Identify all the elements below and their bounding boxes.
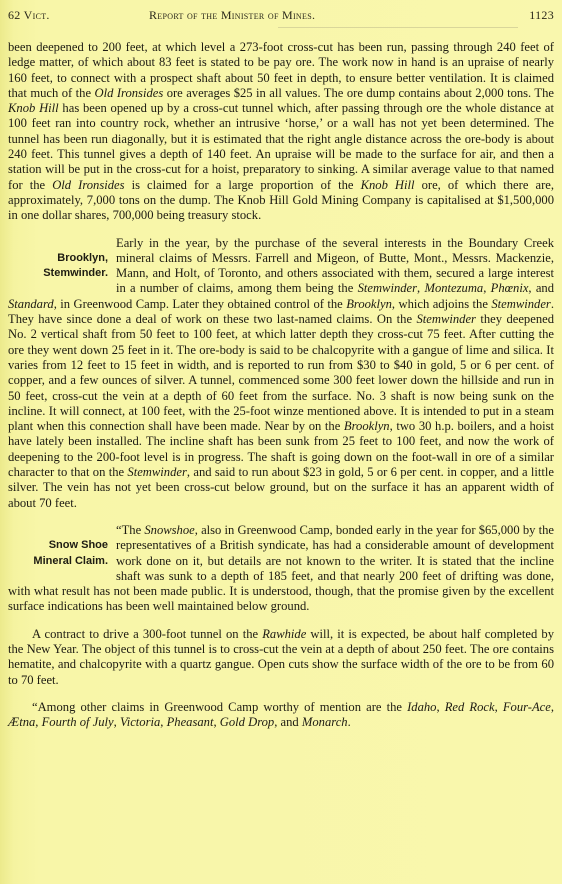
claim-name: Idaho [407, 700, 436, 714]
sidenote-line: Snow Shoe [8, 538, 108, 553]
claim-name: Standard [8, 297, 54, 311]
claim-name: Old Ironsides [95, 86, 164, 100]
claim-name: Rawhide [262, 627, 306, 641]
claim-name: Stemwinder [358, 281, 417, 295]
claim-name: Brooklyn [344, 419, 390, 433]
running-head: 62 Vict. Report of the Minister of Mines… [8, 8, 554, 24]
sidenote-line: Stemwinder. [8, 266, 108, 281]
claim-name: Stemwinder [127, 465, 186, 479]
claim-name: Four-Ace [503, 700, 551, 714]
body-text: been deepened to 200 feet, at which leve… [8, 40, 554, 730]
running-head-volume: 62 Vict. [8, 8, 50, 23]
claim-name: Knob Hill [8, 101, 59, 115]
claim-name: Phœnix [491, 281, 529, 295]
sidenote-brooklyn-stemwinder: Brooklyn, Stemwinder. [8, 251, 108, 282]
sidenote-snow-shoe: Snow Shoe Mineral Claim. [8, 538, 108, 569]
claim-name: Gold Drop [220, 715, 274, 729]
claim-name: Brooklyn [346, 297, 392, 311]
paragraph-knob-hill: been deepened to 200 feet, at which leve… [8, 40, 554, 224]
claim-name: Monarch [302, 715, 348, 729]
sidenote-line: Mineral Claim. [8, 554, 108, 569]
sidenote-line: Brooklyn, [8, 251, 108, 266]
running-head-title: Report of the Minister of Mines. [149, 8, 315, 23]
claim-name: Montezuma [424, 281, 483, 295]
section-snow-shoe: Snow Shoe Mineral Claim. “The Snowshoe, … [8, 523, 554, 615]
claim-name: Victoria [120, 715, 160, 729]
page-number: 1123 [529, 8, 554, 23]
claim-name: Fourth of July [42, 715, 114, 729]
claim-name: Old Ironsides [52, 178, 124, 192]
claim-name: Snowshoe [144, 523, 194, 537]
header-rule [278, 27, 518, 28]
claim-name: Red Rock [445, 700, 495, 714]
claim-name: Stemwinder [416, 312, 475, 326]
paragraph-other-claims: “Among other claims in Greenwood Camp wo… [8, 700, 554, 731]
claim-name: Stemwinder [491, 297, 550, 311]
paragraph-rawhide: A contract to drive a 300-foot tunnel on… [8, 627, 554, 688]
section-brooklyn-stemwinder: Brooklyn, Stemwinder. Early in the year,… [8, 236, 554, 511]
claim-name: Knob Hill [361, 178, 415, 192]
claim-name: Pheasant [167, 715, 214, 729]
claim-name: Ætna [8, 715, 35, 729]
